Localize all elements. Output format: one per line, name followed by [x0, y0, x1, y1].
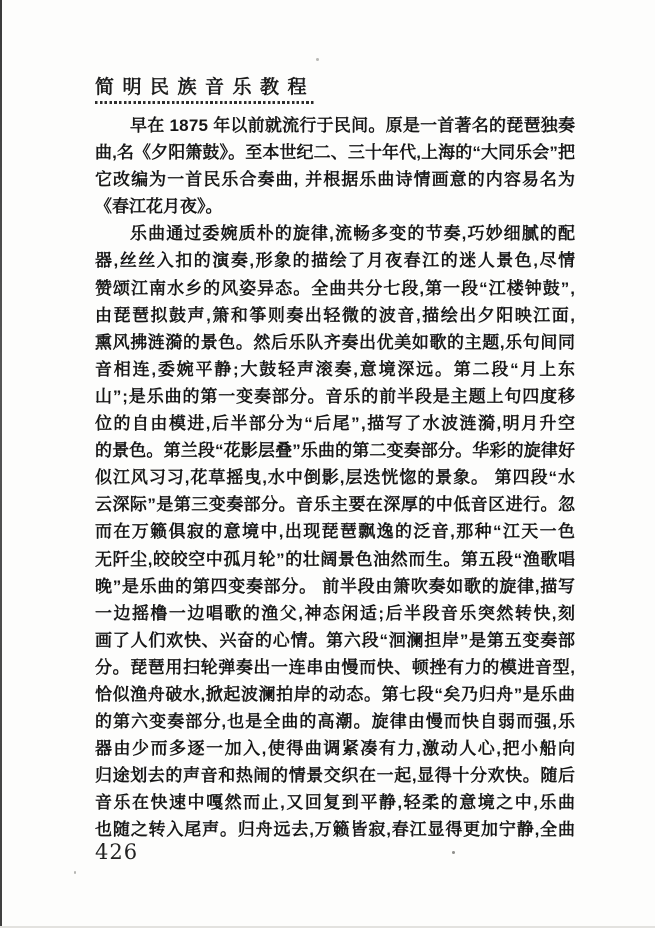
text-line: 的第六变奏部分,也是全曲的高潮。旋律由慢而快自弱而强,乐 — [95, 708, 575, 735]
text-line: 晚”是乐曲的第四变奏部分。 前半段由箫吹奏如歌的旋律,描写 — [95, 573, 575, 600]
scan-speck — [316, 58, 319, 61]
text-line: 归途划去的声音和热闹的情景交织在一起,显得十分欢快。随后 — [95, 762, 575, 789]
scan-speck — [452, 851, 455, 854]
text-line: 熏风拂涟漪的景色。然后乐队齐奏出优美如歌的主题,乐句间同 — [95, 329, 575, 356]
text-line: 山”;是乐曲的第一变奏部分。音乐的前半段是主题上句四度移 — [95, 383, 575, 410]
text-line: 乐曲通过委婉质朴的旋律,流畅多变的节奏,巧妙细腻的配 — [95, 220, 575, 247]
running-header-title: 简明民族音乐教程 — [95, 72, 575, 99]
text-line: 它改编为一首民乐合奏曲, 并根据乐曲诗情画意的内容易名为 — [95, 166, 575, 193]
text-line: 位的自由模进,后半部分为“后尾”,描写了水波涟漪,明月升空 — [95, 410, 575, 437]
text-line: 云深际”是第三变奏部分。音乐主要在深厚的中低音区进行。忽 — [95, 491, 575, 518]
page-body: 早在 1875 年以前就流行于民间。原是一首著名的琵琶独奏曲,名《夕阳箫鼓》。至… — [95, 112, 575, 844]
text-line: 器,丝丝入扣的演奏,形象的描绘了月夜春江的迷人景色,尽情 — [95, 247, 575, 274]
text-line: 音乐在快速中嘎然而止,又回复到平静,轻柔的意境之中,乐曲 — [95, 789, 575, 816]
text-line: 画了人们欢快、兴奋的心情。第六段“洄澜担岸”是第五变奏部 — [95, 627, 575, 654]
text-line: 分。琵琶用扫轮弹奏出一连串由慢而快、顿挫有力的模进音型, — [95, 654, 575, 681]
text-line: 早在 1875 年以前就流行于民间。原是一首著名的琵琶独奏 — [95, 112, 575, 139]
text-line: 曲,名《夕阳箫鼓》。至本世纪二、三十年代,上海的“大同乐会”把 — [95, 139, 575, 166]
text-line: 器由少而多逐一加入,使得曲调紧凑有力,激动人心,把小船向 — [95, 735, 575, 762]
text-line: 由琵琶拟鼓声,箫和筝则奏出轻微的波音,描绘出夕阳映江面, — [95, 302, 575, 329]
text-line: 一边摇橹一边唱歌的渔父,神态闲适;后半段音乐突然转快,刻 — [95, 600, 575, 627]
text-line: 而在万籁俱寂的意境中,出现琵琶飘逸的泛音,那种“江天一色 — [95, 518, 575, 545]
text-line: 音相连,委婉平静;大鼓轻声滚奏,意境深远。第二段“月上东 — [95, 356, 575, 383]
header-dotted-rule — [95, 101, 314, 104]
page-number: 426 — [95, 840, 138, 864]
text-line: 恰似渔舟破水,掀起波澜拍岸的动态。第七段“矣乃归舟”是乐曲 — [95, 681, 575, 708]
text-line: 的景色。第兰段“花影层叠”乐曲的第二变奏部分。华彩的旋律好 — [95, 437, 575, 464]
scan-edge-left — [0, 0, 2, 928]
text-line: 似江风习习,花草摇曳,水中倒影,层迭恍惚的景象。 第四段“水 — [95, 464, 575, 491]
text-line: 也随之转入尾声。归舟远去,万籁皆寂,春江显得更加宁静,全曲 — [95, 816, 575, 843]
scan-speck — [74, 871, 76, 874]
text-line: 《春江花月夜》。 — [95, 193, 575, 220]
text-line: 赞颂江南水乡的风姿异态。全曲共分七段,第一段“江楼钟鼓”, — [95, 275, 575, 302]
text-line: 无阡尘,皎皎空中孤月轮”的壮阔景色油然而生。第五段“渔歌唱 — [95, 546, 575, 573]
